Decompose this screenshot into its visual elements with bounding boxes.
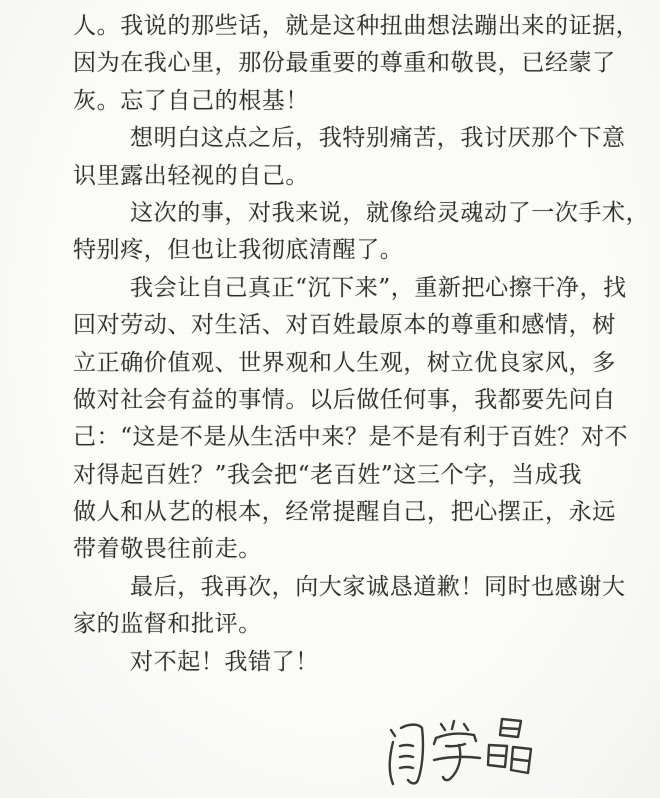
letter-line: 最后，我再次，向大家诚恳道歉！同时也感谢大 xyxy=(73,569,629,606)
signature: 闫学晶 xyxy=(383,714,533,794)
letter-line: 带着敬畏往前走。 xyxy=(73,531,629,568)
letter-line: 对不起！我错了！ xyxy=(73,644,629,681)
letter-line: 这次的事，对我来说，就像给灵魂动了一次手术， xyxy=(73,195,629,232)
letter-line: 我会让自己真正“沉下来”，重新把心擦干净，找 xyxy=(73,270,629,307)
letter-line: 灰。忘了自己的根基！ xyxy=(73,83,629,120)
letter-line: 立正确价值观、世界观和人生观，树立优良家风，多 xyxy=(73,345,629,382)
letter-line: 对得起百姓？”我会把“老百姓”这三个字，当成我 xyxy=(73,457,629,494)
letter-body: 人。我说的那些话，就是这种扭曲想法蹦出来的证据， 因为在我心里，那份最重要的尊重… xyxy=(73,8,629,681)
letter-line: 特别疼，但也让我彻底清醒了。 xyxy=(73,232,629,269)
letter-line: 想明白这点之后，我特别痛苦，我讨厌那个下意 xyxy=(73,120,629,157)
letter-line: 因为在我心里，那份最重要的尊重和敬畏，已经蒙了 xyxy=(73,45,629,82)
letter-line: 人。我说的那些话，就是这种扭曲想法蹦出来的证据， xyxy=(73,8,629,45)
letter-page: { "letter": { "lines": [ {"text": "人。我说的… xyxy=(0,0,660,798)
letter-line: 做人和从艺的根本，经常提醒自己，把心摆正，永远 xyxy=(73,494,629,531)
letter-line: 家的监督和批评。 xyxy=(73,606,629,643)
signature-handwriting-icon xyxy=(383,714,533,794)
letter-line: 回对劳动、对生活、对百姓最原本的尊重和感情，树 xyxy=(73,307,629,344)
letter-line: 做对社会有益的事情。以后做任何事，我都要先问自 xyxy=(73,382,629,419)
letter-line: 己：“这是不是从生活中来？是不是有利于百姓？对不 xyxy=(73,419,629,456)
letter-line: 识里露出轻视的自己。 xyxy=(73,158,629,195)
